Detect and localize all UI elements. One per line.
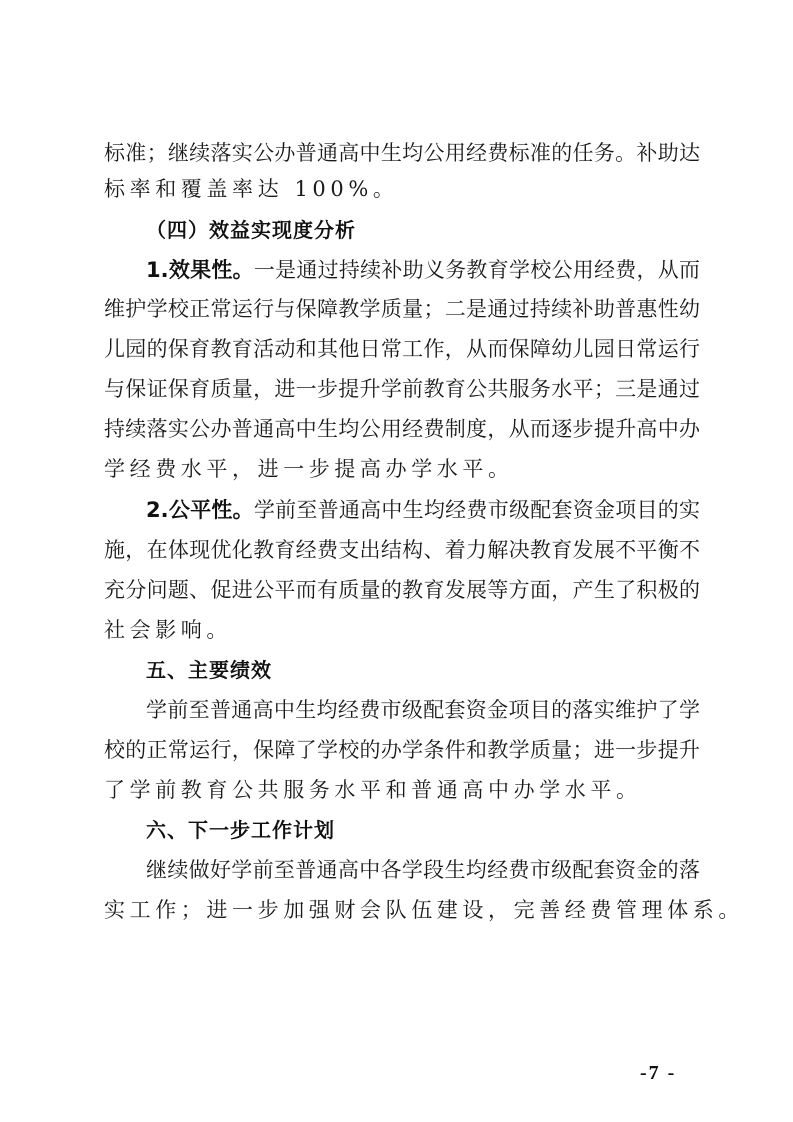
paragraph-line: 了学前教育公共服务水平和普通高中办学水平。 xyxy=(104,776,700,804)
paragraph-line-fairness: 2.公平性。学前至普通高中生均经费市级配套资金项目的实 xyxy=(146,496,700,524)
paragraph-line: 继续做好学前至普通高中各学段生均经费市级配套资金的落 xyxy=(146,856,700,884)
paragraph-line-effectiveness: 1.效果性。一是通过持续补助义务教育学校公用经费，从而 xyxy=(146,256,700,284)
paragraph-line: 标准；继续落实公办普通高中生均公用经费标准的任务。补助达 xyxy=(104,139,700,167)
paragraph-line: 校的正常运行，保障了学校的办学条件和教学质量；进一步提升 xyxy=(104,736,700,764)
paragraph-text: 学前至普通高中生均经费市级配套资金项目的实 xyxy=(254,498,700,522)
effectiveness-label: 1.效果性。 xyxy=(146,258,254,282)
page-number: -7 - xyxy=(640,1062,676,1085)
paragraph-line: 充分问题、促进公平而有质量的教育发展等方面，产生了积极的 xyxy=(104,576,700,604)
section-heading-next-steps: 六、下一步工作计划 xyxy=(146,816,700,844)
paragraph-text: 一是通过持续补助义务教育学校公用经费，从而 xyxy=(254,258,700,282)
paragraph-line: 维护学校正常运行与保障教学质量；二是通过持续补助普惠性幼 xyxy=(104,295,700,323)
paragraph-line: 实工作；进一步加强财会队伍建设，完善经费管理体系。 xyxy=(104,896,700,924)
paragraph-line: 施，在体现优化教育经费支出结构、着力解决教育发展不平衡不 xyxy=(104,536,700,564)
paragraph-line: 与保证保育质量，进一步提升学前教育公共服务水平；三是通过 xyxy=(104,375,700,403)
paragraph-line: 持续落实公办普通高中生均公用经费制度，从而逐步提升高中办 xyxy=(104,415,700,443)
paragraph-line: 学经费水平，进一步提高办学水平。 xyxy=(104,455,700,483)
paragraph-line: 儿园的保育教育活动和其他日常工作，从而保障幼儿园日常运行 xyxy=(104,335,700,363)
section-heading-main-performance: 五、主要绩效 xyxy=(146,656,700,684)
paragraph-line: 标率和覆盖率达 100%。 xyxy=(104,175,700,203)
fairness-label: 2.公平性。 xyxy=(146,498,254,522)
paragraph-line: 学前至普通高中生均经费市级配套资金项目的落实维护了学 xyxy=(146,696,700,724)
paragraph-line: 社会影响。 xyxy=(104,616,700,644)
document-page: 标准；继续落实公办普通高中生均公用经费标准的任务。补助达 标率和覆盖率达 100… xyxy=(0,0,793,1122)
section-heading-benefit-analysis: （四）效益实现度分析 xyxy=(146,216,700,244)
